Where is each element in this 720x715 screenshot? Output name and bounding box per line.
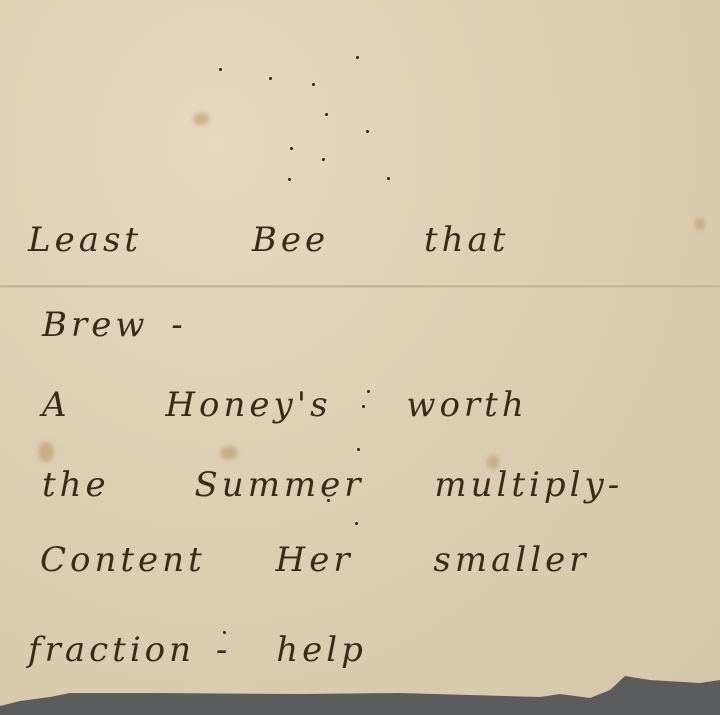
- stain: [220, 446, 238, 460]
- word: help: [276, 630, 367, 670]
- pin-hole: [312, 83, 315, 86]
- word: Content: [40, 540, 206, 580]
- word: that: [424, 220, 510, 260]
- dash: -: [171, 305, 187, 345]
- pin-hole: [325, 113, 328, 116]
- manuscript-line-1: Least Bee that: [28, 220, 559, 260]
- pin-hole: [219, 68, 222, 71]
- word: Her: [276, 540, 354, 580]
- word: the: [42, 465, 110, 505]
- pin-hole: [355, 522, 358, 525]
- dash: -: [216, 630, 232, 670]
- word: A: [42, 385, 71, 425]
- word: multiply-: [434, 465, 623, 505]
- word: Summer: [195, 465, 365, 505]
- manuscript-line-2: Brew -: [42, 305, 187, 345]
- pin-hole: [357, 448, 360, 451]
- pin-hole: [290, 147, 293, 150]
- pin-hole: [356, 56, 359, 59]
- word: Honey's: [165, 385, 331, 425]
- pin-hole: [288, 178, 291, 181]
- word: Brew: [42, 305, 148, 345]
- stain: [38, 442, 54, 462]
- manuscript-line-5: Content Her smaller: [40, 540, 639, 580]
- word: Least: [28, 220, 142, 260]
- word: smaller: [433, 540, 589, 580]
- manuscript-line-6: fraction - help: [28, 630, 417, 670]
- pin-hole: [387, 177, 390, 180]
- manuscript-line-4: the Summer multiply-: [42, 465, 673, 505]
- pin-hole: [366, 130, 369, 133]
- stain: [695, 218, 705, 230]
- word: Bee: [252, 220, 329, 260]
- word: worth: [406, 385, 527, 425]
- word: fraction: [28, 630, 195, 670]
- pin-hole: [269, 77, 272, 80]
- paper-fold: [0, 285, 720, 288]
- pin-hole: [322, 158, 325, 161]
- manuscript-line-3: A Honey's worth: [42, 385, 578, 425]
- stain: [193, 113, 209, 125]
- manuscript-page: Least Bee that Brew - A Honey's worth th…: [0, 0, 720, 715]
